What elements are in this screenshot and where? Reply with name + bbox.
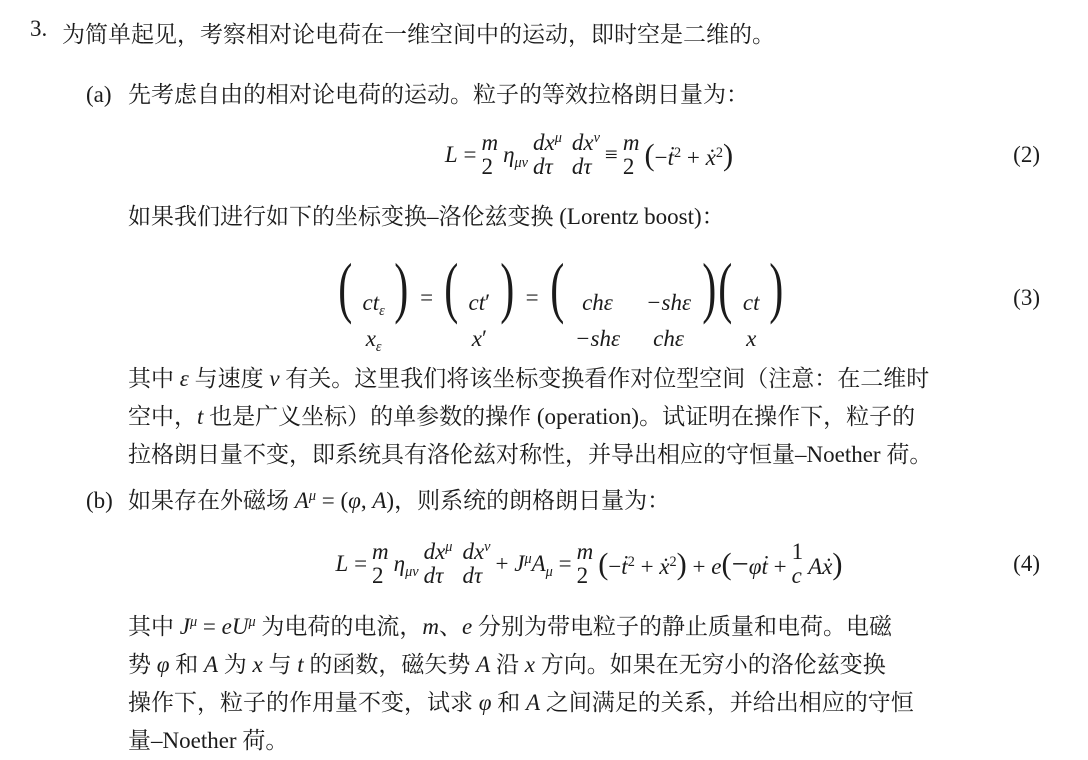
equation-number: (2) bbox=[1013, 142, 1040, 168]
math-equiv-sign: ≡ bbox=[605, 142, 618, 168]
problem-number: 3. bbox=[30, 16, 62, 42]
right-paren: ) bbox=[702, 244, 716, 330]
right-paren: ) bbox=[500, 244, 514, 330]
equation-4: L = m 2 ημν dxμ dτ bbox=[128, 528, 1050, 600]
problem-3: 3. 为简单起见，考察相对论电荷在一维空间中的运动，即时空是二维的。 (a) 先… bbox=[30, 16, 1050, 760]
column-vector-ct-prime: ( ct′ x′ ) bbox=[445, 244, 513, 352]
problem-document: 3. 为简单起见，考察相对论电荷在一维空间中的运动，即时空是二维的。 (a) 先… bbox=[0, 0, 1088, 760]
fraction-m-over-2: m 2 bbox=[479, 131, 500, 179]
part-b-paragraph-line: 势 φ 和 A 为 x 与 t 的函数，磁矢势 A 沿 x 方向。如果在无穷小的… bbox=[128, 646, 1050, 684]
part-a-body: 先考虑自由的相对论电荷的运动。粒子的等效拉格朗日量为： L = m 2 ημν bbox=[128, 76, 1050, 474]
right-paren: ) bbox=[395, 244, 409, 330]
part-a-paragraph-line: 空中，t 也是广义坐标）的单参数的操作 (operation)。试证明在操作下，… bbox=[128, 398, 1050, 436]
boost-line: 如果我们进行如下的坐标变换–洛伦兹变换 (Lorentz boost)： bbox=[128, 198, 1050, 236]
part-a-paragraph-line: 其中 ε 与速度 v 有关。这里我们将该坐标变换看作对位型空间（注意：在二维时 bbox=[128, 360, 1050, 398]
left-paren: ( bbox=[719, 244, 733, 330]
equals-sign: = bbox=[526, 285, 539, 311]
fraction-1-over-c: 1 c bbox=[790, 540, 806, 588]
equation-3-content: ( ctε xε ) = ( ct′ bbox=[337, 244, 785, 352]
equals-sign: = bbox=[420, 285, 433, 311]
column-vector-ct: ( ct x ) bbox=[719, 244, 782, 352]
part-b-body: 如果存在外磁场 Aμ = (φ, A)，则系统的朗格朗日量为： L = m 2 … bbox=[128, 482, 1050, 760]
part-a: (a) 先考虑自由的相对论电荷的运动。粒子的等效拉格朗日量为： L = m 2 bbox=[62, 76, 1050, 474]
part-b-label: (b) bbox=[86, 482, 120, 520]
problem-intro: 为简单起见，考察相对论电荷在一维空间中的运动，即时空是二维的。 bbox=[62, 16, 1050, 54]
math-rhs: (−ṫ2 + ẋ2) + e(−φṫ + bbox=[598, 547, 786, 582]
left-paren: ( bbox=[550, 244, 564, 330]
part-b-paragraph-line: 量–Noether 荷。 bbox=[128, 722, 1050, 760]
fraction-dxnu-dtau: dxν dτ bbox=[570, 131, 602, 179]
problem-body: 为简单起见，考察相对论电荷在一维空间中的运动，即时空是二维的。 (a) 先考虑自… bbox=[62, 16, 1050, 760]
part-a-lead: 先考虑自由的相对论电荷的运动。粒子的等效拉格朗日量为： bbox=[128, 76, 1050, 114]
column-vector-ct-eps: ( ctε xε ) bbox=[339, 244, 408, 352]
math-eta-metric: ημν bbox=[394, 551, 419, 577]
equation-2-content: L = m 2 ημν dxμ dτ bbox=[445, 131, 733, 179]
right-paren: ) bbox=[770, 244, 784, 330]
part-b-lead: 如果存在外磁场 Aμ = (φ, A)，则系统的朗格朗日量为： bbox=[128, 482, 1050, 520]
left-paren: ( bbox=[444, 244, 458, 330]
left-paren: ( bbox=[338, 244, 352, 330]
fraction-m-over-2: m 2 bbox=[575, 540, 596, 588]
fraction-m-over-2: m 2 bbox=[621, 131, 642, 179]
boost-matrix: ( chε −shε −shε chε ) bbox=[551, 244, 716, 352]
equation-number: (4) bbox=[1013, 551, 1040, 577]
math-rhs-end: Aẋ) bbox=[808, 547, 842, 582]
part-a-label: (a) bbox=[86, 76, 120, 114]
equation-2: L = m 2 ημν dxμ dτ bbox=[128, 120, 1050, 190]
part-b-paragraph-line: 其中 Jμ = eUμ 为电荷的电流，m、e 分别为带电粒子的静止质量和电荷。电… bbox=[128, 608, 1050, 646]
fraction-dxmu-dtau: dxμ dτ bbox=[422, 540, 455, 588]
fraction-dxnu-dtau: dxν dτ bbox=[460, 540, 492, 588]
fraction-dxmu-dtau: dxμ dτ bbox=[531, 131, 564, 179]
fraction-m-over-2: m 2 bbox=[370, 540, 391, 588]
equation-3: ( ctε xε ) = ( ct′ bbox=[128, 244, 1050, 352]
part-b: (b) 如果存在外磁场 Aμ = (φ, A)，则系统的朗格朗日量为： L = … bbox=[62, 482, 1050, 760]
equation-4-content: L = m 2 ημν dxμ dτ bbox=[336, 540, 843, 588]
equation-number: (3) bbox=[1013, 285, 1040, 311]
math-current-term: + JμAμ = bbox=[496, 551, 572, 577]
math-rhs: (−ṫ2 + ẋ2) bbox=[645, 138, 734, 173]
part-a-paragraph-line: 拉格朗日量不变，即系统具有洛伦兹对称性，并导出相应的守恒量–Noether 荷。 bbox=[128, 436, 1050, 474]
math-eta-metric: ημν bbox=[503, 142, 528, 168]
math-lhs: L = bbox=[445, 142, 477, 168]
part-b-paragraph-line: 操作下，粒子的作用量不变，试求 φ 和 A 之间满足的关系，并给出相应的守恒 bbox=[128, 684, 1050, 722]
math-lhs: L = bbox=[336, 551, 368, 577]
